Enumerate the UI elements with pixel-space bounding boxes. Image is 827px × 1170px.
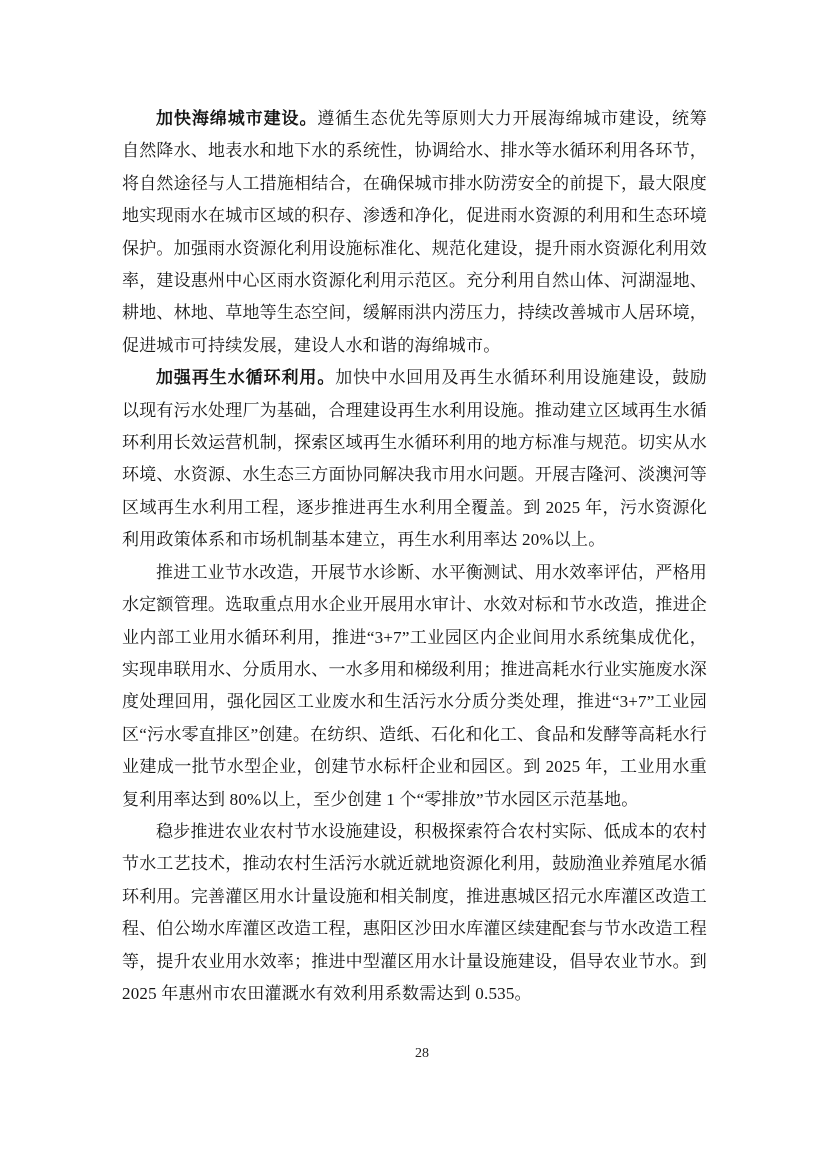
paragraph-text-industrial-water-saving: 推进工业节水改造，开展节水诊断、水平衡测试、用水效率评估，严格用水定额管理。选取… — [122, 563, 707, 809]
document-page: 加快海绵城市建设。遵循生态优先等原则大力开展海绵城市建设，统筹自然降水、地表水和… — [0, 0, 827, 1170]
paragraph-reclaimed-water: 加强再生水循环利用。加快中水回用及再生水循环利用设施建设，鼓励以现有污水处理厂为… — [122, 362, 707, 556]
document-body: 加快海绵城市建设。遵循生态优先等原则大力开展海绵城市建设，统筹自然降水、地表水和… — [122, 103, 707, 1010]
paragraph-lead-sponge-city: 加快海绵城市建设。 — [156, 109, 317, 128]
paragraph-text-sponge-city: 遵循生态优先等原则大力开展海绵城市建设，统筹自然降水、地表水和地下水的系统性，协… — [122, 109, 707, 355]
paragraph-sponge-city: 加快海绵城市建设。遵循生态优先等原则大力开展海绵城市建设，统筹自然降水、地表水和… — [122, 103, 707, 362]
page-number: 28 — [415, 1046, 429, 1061]
page-footer: 28 — [122, 1044, 722, 1064]
paragraph-lead-reclaimed-water: 加强再生水循环利用。 — [156, 368, 335, 387]
paragraph-agricultural-water-saving: 稳步推进农业农村节水设施建设，积极探索符合农村实际、低成本的农村节水工艺技术，推… — [122, 816, 707, 1010]
paragraph-text-reclaimed-water: 加快中水回用及再生水循环利用设施建设，鼓励以现有污水处理厂为基础，合理建设再生水… — [122, 368, 707, 549]
paragraph-industrial-water-saving: 推进工业节水改造，开展节水诊断、水平衡测试、用水效率评估，严格用水定额管理。选取… — [122, 557, 707, 816]
paragraph-text-agricultural-water-saving: 稳步推进农业农村节水设施建设，积极探索符合农村实际、低成本的农村节水工艺技术，推… — [122, 822, 707, 1003]
